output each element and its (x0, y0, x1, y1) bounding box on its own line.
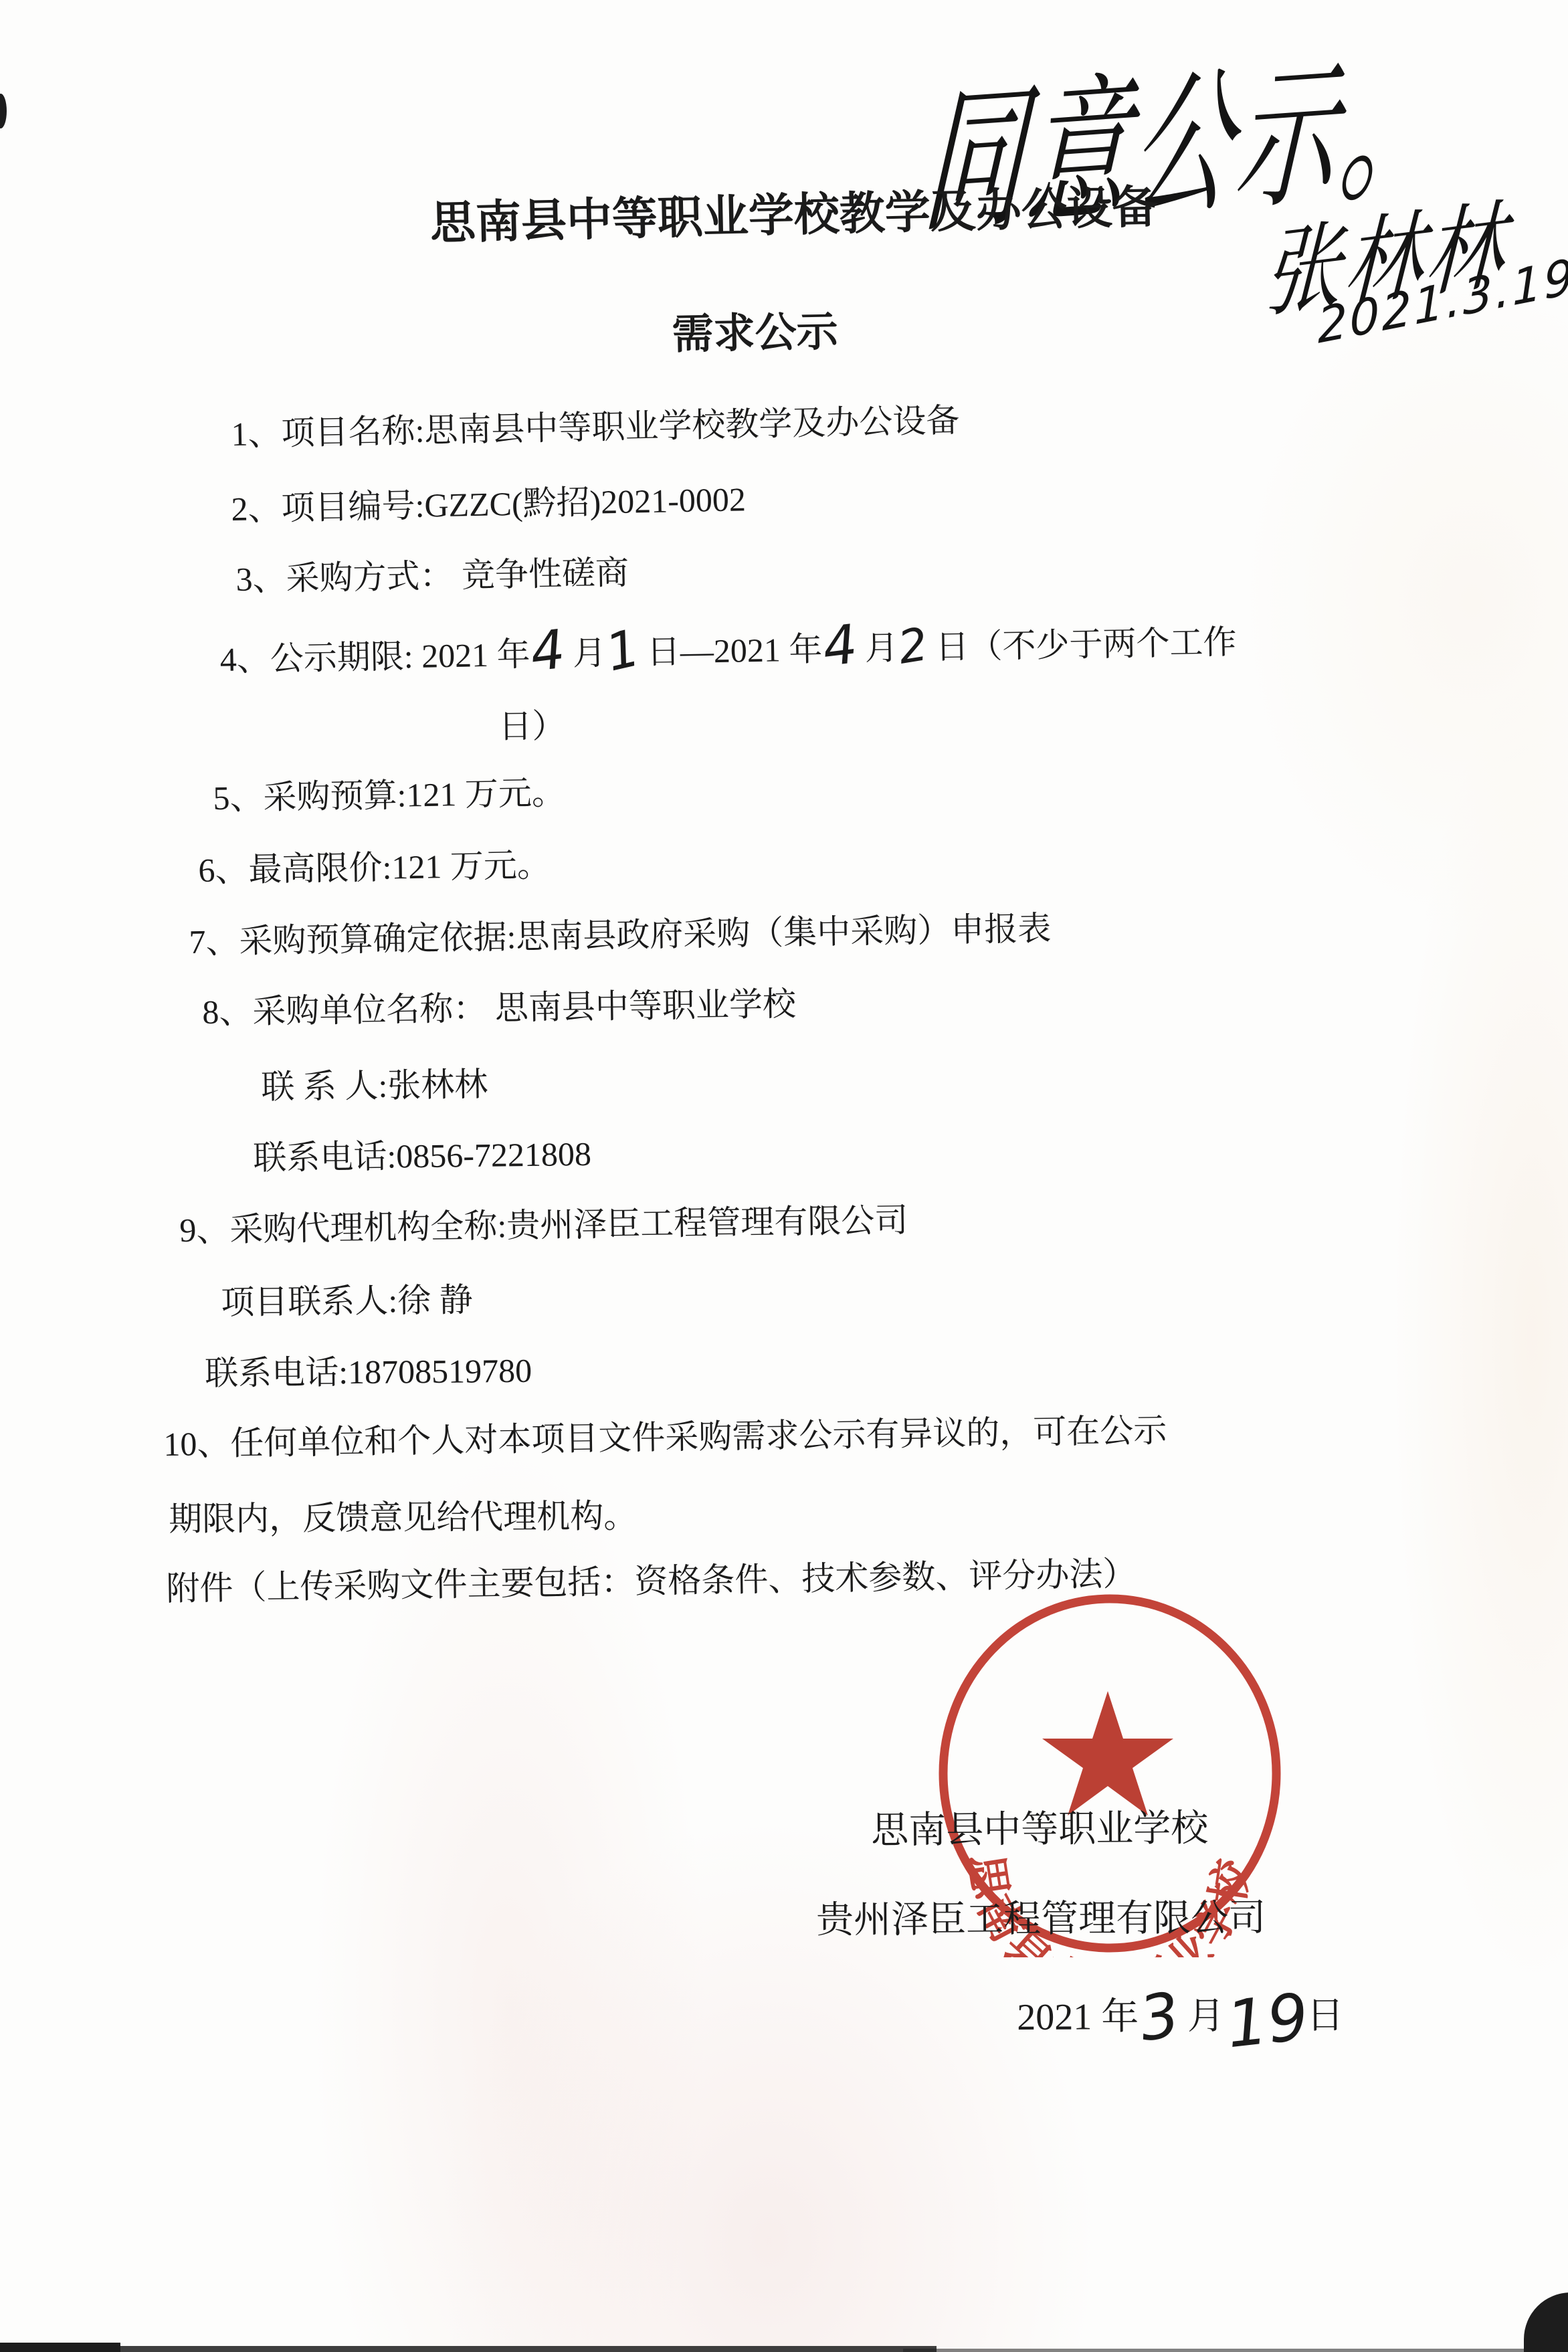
scan-artifact-bottom-strip (0, 2346, 937, 2352)
document-subtitle: 需求公示 (672, 306, 838, 361)
item-7-budget-basis: 7、采购预算确定依据:思南县政府采购（集中采购）申报表 (189, 908, 1052, 963)
item-6-price-ceiling: 6、最高限价:121 万元。 (198, 844, 551, 892)
item-9-agency-name: 9、采购代理机构全称:贵州泽臣工程管理有限公司 (179, 1199, 908, 1252)
seal-star-icon (1042, 1691, 1173, 1816)
item-10-objection-line1: 10、任何单位和个人对本项目文件采购需求公示有异议的，可在公示 (163, 1409, 1167, 1465)
item-4-hand-day2: 2 (896, 624, 930, 669)
item-4-continuation: 日） (498, 705, 566, 748)
footer-date-printed-sep: 月 (1178, 1995, 1225, 2037)
item-9-contact-phone: 联系电话:18708519780 (205, 1350, 532, 1395)
item-4-printed-sep2: 日—2021 年 (638, 630, 823, 671)
scan-artifact-bottom-left (0, 2343, 120, 2352)
scan-artifact-bottom-strip-2 (903, 2349, 1568, 2352)
item-8-purchaser-name: 8、采购单位名称： 思南县中等职业学校 (202, 983, 796, 1034)
footer-date: 2021 年3 月19日 (1017, 1977, 1344, 2041)
item-2-project-number: 2、项目编号:GZZC(黔招)2021-0002 (231, 478, 746, 530)
item-4-publicity-period: 4、公示期限: 2021 年4 月1 日—2021 年4 月2 日（不少于两个工… (219, 611, 1237, 680)
footer-date-printed-year: 2021 年 (1017, 1996, 1139, 2038)
item-10-objection-line2: 期限内，反馈意见给代理机构。 (169, 1495, 637, 1540)
scanned-document-page: 同意公示。 张林林 2021.3.19 思南县中等职业学校教学及办公设备 需求公… (0, 0, 1568, 2352)
item-8-contact-phone: 联系电话:0856-7221808 (253, 1133, 591, 1179)
scan-artifact-corner (1524, 2292, 1568, 2352)
item-9-contact-person: 项目联系人:徐 静 (221, 1279, 473, 1323)
scan-artifact-left-edge (0, 94, 7, 128)
footer-date-printed-day: 日 (1306, 1995, 1344, 2036)
footer-agency-org: 贵州泽臣工程管理有限公司 (816, 1894, 1266, 1944)
item-4-printed-sep3: 月 (856, 629, 898, 667)
footer-date-hand-month: 3 (1137, 1987, 1183, 2048)
footer-date-hand-day: 19 (1223, 1987, 1311, 2054)
footer-purchaser-org: 思南县中等职业学校 (871, 1805, 1208, 1854)
item-4-printed-suffix: 日（不少于两个工作 (926, 623, 1236, 666)
item-4-hand-month1: 4 (528, 625, 567, 678)
item-8-contact-person: 联 系 人:张林林 (261, 1064, 488, 1108)
item-1-project-name: 1、项目名称:思南县中等职业学校教学及办公设备 (231, 399, 960, 455)
item-5-budget: 5、采购预算:121 万元。 (213, 772, 565, 819)
item-4-hand-day1: 1 (602, 625, 644, 677)
item-4-hand-month2: 4 (820, 620, 860, 672)
item-3-procurement-method: 3、采购方式： 竞争性磋商 (235, 552, 629, 601)
item-4-printed-prefix: 4、公示期限: 2021 年 (219, 635, 530, 678)
item-4-printed-sep1: 月 (564, 634, 606, 672)
